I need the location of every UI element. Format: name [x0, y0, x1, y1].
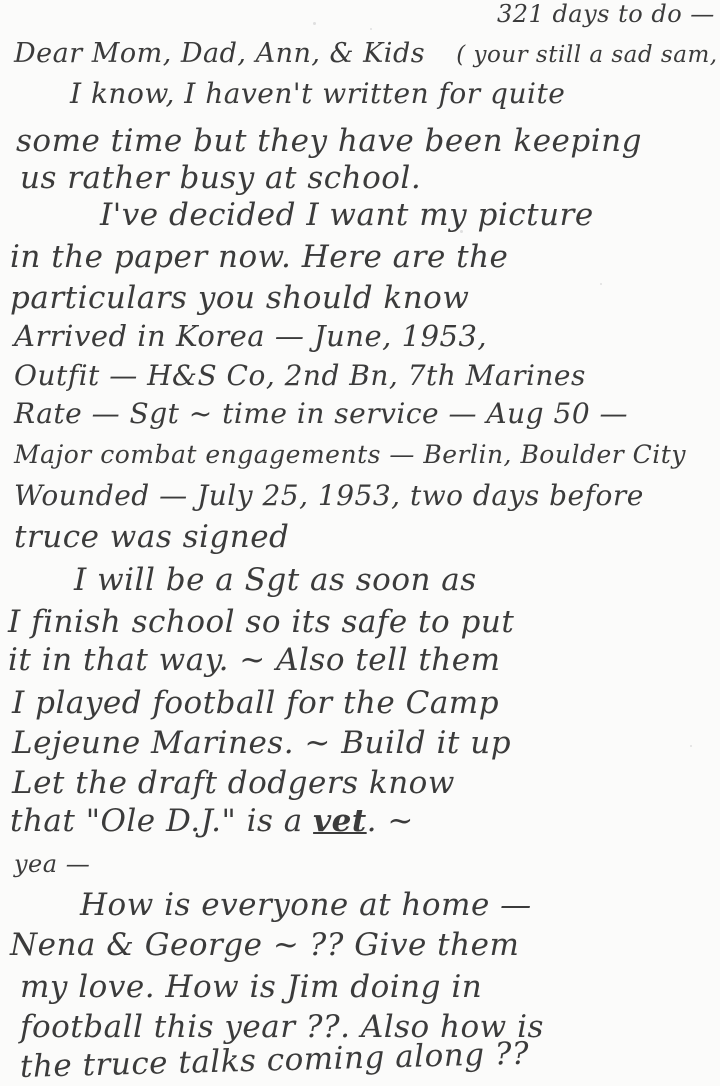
letter-line-23: my love. How is Jim doing in: [20, 972, 482, 1003]
letter-line-13: I will be a Sgt as soon as: [74, 565, 477, 596]
letter-line-15: it in that way. ~ Also tell them: [8, 645, 501, 676]
letter-line-6: particulars you should know: [10, 283, 469, 314]
salutation-aside: ( your still a sad sam,: [456, 42, 717, 68]
salutation-text: Dear Mom, Dad, Ann, & Kids: [14, 38, 425, 69]
letter-line-2: some time but they have been keeping: [16, 126, 642, 157]
letter-line-9: Rate — Sgt ~ time in service — Aug 50 —: [14, 400, 628, 428]
letter-line-12: truce was signed: [14, 522, 289, 553]
scan-speck: [690, 745, 692, 747]
letter-line-16: I played football for the Camp: [12, 688, 499, 719]
letter-line-4: I've decided I want my picture: [100, 200, 594, 231]
vet-underlined: vet: [313, 803, 367, 839]
letter-line-3: us rather busy at school.: [20, 163, 421, 194]
letter-line-14: I finish school so its safe to put: [8, 607, 514, 638]
letter-line-7: Arrived in Korea — June, 1953,: [14, 322, 487, 351]
scan-speck: [600, 283, 602, 285]
letter-line-25: the truce talks coming along ??: [20, 1039, 530, 1083]
letter-line-8: Outfit — H&S Co, 2nd Bn, 7th Marines: [14, 362, 586, 390]
letter-line-18: Let the draft dodgers know: [12, 768, 455, 799]
vet-trailing: . ~: [367, 803, 414, 839]
letter-line-20: yea —: [14, 852, 90, 876]
letter-line-22: Nena & George ~ ?? Give them: [10, 930, 519, 961]
ole-dj-text: that "Ole D.J." is a: [10, 803, 313, 839]
scan-speck: [370, 28, 372, 30]
days-remaining-note: 321 days to do —: [497, 2, 715, 26]
letter-line-10: Major combat engagements — Berlin, Bould…: [14, 442, 686, 467]
letter-line-5: in the paper now. Here are the: [10, 242, 508, 273]
letter-line-1: I know, I haven't written for quite: [70, 80, 565, 108]
letter-page: 321 days to do — Dear Mom, Dad, Ann, & K…: [0, 0, 720, 1086]
letter-line-21: How is everyone at home —: [80, 890, 532, 921]
letter-line-17: Lejeune Marines. ~ Build it up: [12, 728, 511, 759]
salutation: Dear Mom, Dad, Ann, & Kids ( your still …: [14, 40, 718, 67]
letter-line-11: Wounded — July 25, 1953, two days before: [14, 482, 644, 510]
letter-line-19: that "Ole D.J." is a vet. ~: [10, 806, 414, 837]
scan-speck: [313, 22, 316, 25]
